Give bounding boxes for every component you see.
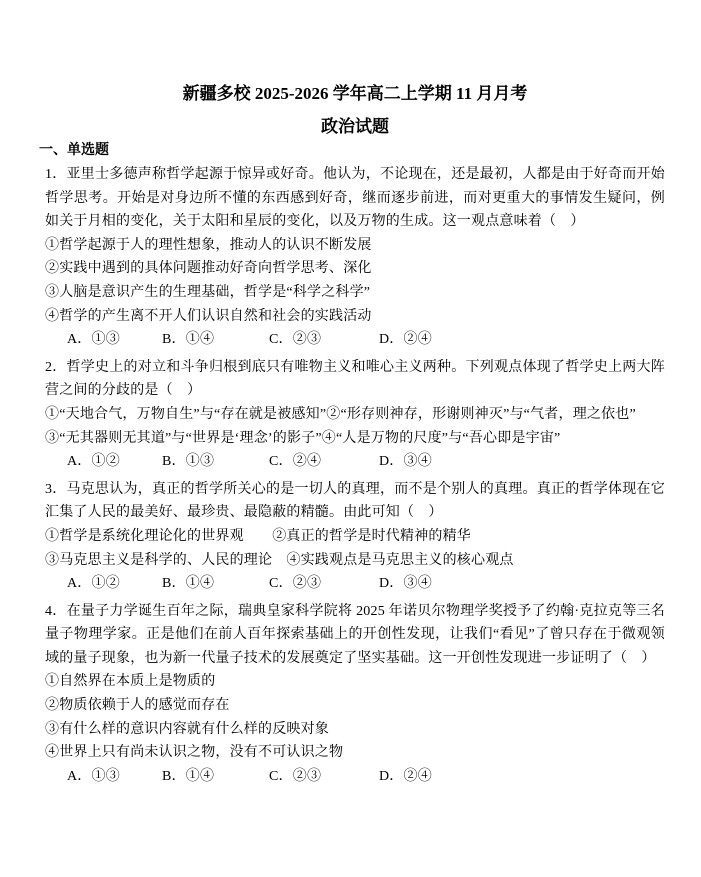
choice-d: D．②④	[379, 328, 665, 352]
answer-choices-row: A．①③ B．①④ C．②③ D．②④	[45, 328, 665, 352]
question-block-2: 2．哲学史上的对立和斗争归根到底只有唯物主义和唯心主义两种。下列观点体现了哲学史…	[45, 356, 665, 474]
document-title: 新疆多校 2025-2026 学年高二上学期 11 月月考	[45, 84, 665, 104]
section-heading: 一、单选题	[39, 143, 665, 159]
answer-choices-row: A．①② B．①④ C．②③ D．③④	[45, 572, 665, 596]
answer-choices-row: A．①③ B．①④ C．②③ D．②④	[45, 765, 665, 789]
choice-c: C．②③	[269, 765, 379, 789]
question-option-line: ③“无其器则无其道”与“世界是‘理念’的影子”④“人是万物的尺度”与“吾心即是宇…	[45, 427, 665, 451]
question-option-line: ②实践中遇到的具体问题推动好奇向哲学思考、深化	[45, 257, 665, 281]
question-option-line: ②物质依赖于人的感觉而存在	[45, 694, 665, 718]
question-option-line: ①哲学起源于人的理性想象，推动人的认识不断发展	[45, 234, 665, 258]
choice-b: B．①④	[162, 572, 269, 596]
choice-d: D．③④	[379, 572, 665, 596]
question-option-line: ①哲学是系统化理论化的世界观 ②真正的哲学是时代精神的精华	[45, 525, 665, 549]
choice-a: A．①③	[67, 328, 162, 352]
question-option-line: ④哲学的产生离不开人们认识自然和社会的实践活动	[45, 305, 665, 329]
choice-a: A．①③	[67, 765, 162, 789]
document-subtitle: 政治试题	[45, 117, 665, 137]
question-stem: 1．亚里士多德声称哲学起源于惊异或好奇。他认为，不论现在，还是最初，人都是由于好…	[45, 163, 665, 234]
question-option-line: ①自然界在本质上是物质的	[45, 670, 665, 694]
question-option-line: ③马克思主义是科学的、人民的理论 ④实践观点是马克思主义的核心观点	[45, 549, 665, 573]
choice-c: C．②③	[269, 572, 379, 596]
question-block-3: 3．马克思认为，真正的哲学所关心的是一切人的真理，而不是个别人的真理。真正的哲学…	[45, 478, 665, 596]
choice-d: D．③④	[379, 450, 665, 474]
question-block-1: 1．亚里士多德声称哲学起源于惊异或好奇。他认为，不论现在，还是最初，人都是由于好…	[45, 163, 665, 352]
choice-b: B．①④	[162, 765, 269, 789]
question-stem: 4．在量子力学诞生百年之际，瑞典皇家科学院将 2025 年诺贝尔物理学奖授予了约…	[45, 600, 665, 671]
answer-choices-row: A．①② B．①③ C．②④ D．③④	[45, 450, 665, 474]
question-option-line: ③有什么样的意识内容就有什么样的反映对象	[45, 718, 665, 742]
document-page: 新疆多校 2025-2026 学年高二上学期 11 月月考 政治试题 一、单选题…	[0, 0, 701, 877]
choice-a: A．①②	[67, 572, 162, 596]
choice-b: B．①③	[162, 450, 269, 474]
choice-d: D．②④	[379, 765, 665, 789]
choice-c: C．②③	[269, 328, 379, 352]
question-option-line: ③人脑是意识产生的生理基础，哲学是“科学之科学”	[45, 281, 665, 305]
choice-a: A．①②	[67, 450, 162, 474]
question-stem: 2．哲学史上的对立和斗争归根到底只有唯物主义和唯心主义两种。下列观点体现了哲学史…	[45, 356, 665, 403]
choice-c: C．②④	[269, 450, 379, 474]
question-option-line: ④世界上只有尚未认识之物，没有不可认识之物	[45, 741, 665, 765]
choice-b: B．①④	[162, 328, 269, 352]
question-option-line: ①“天地合气，万物自生”与“存在就是被感知”②“形存则神存，形谢则神灭”与“气者…	[45, 403, 665, 427]
question-block-4: 4．在量子力学诞生百年之际，瑞典皇家科学院将 2025 年诺贝尔物理学奖授予了约…	[45, 600, 665, 789]
question-stem: 3．马克思认为，真正的哲学所关心的是一切人的真理，而不是个别人的真理。真正的哲学…	[45, 478, 665, 525]
